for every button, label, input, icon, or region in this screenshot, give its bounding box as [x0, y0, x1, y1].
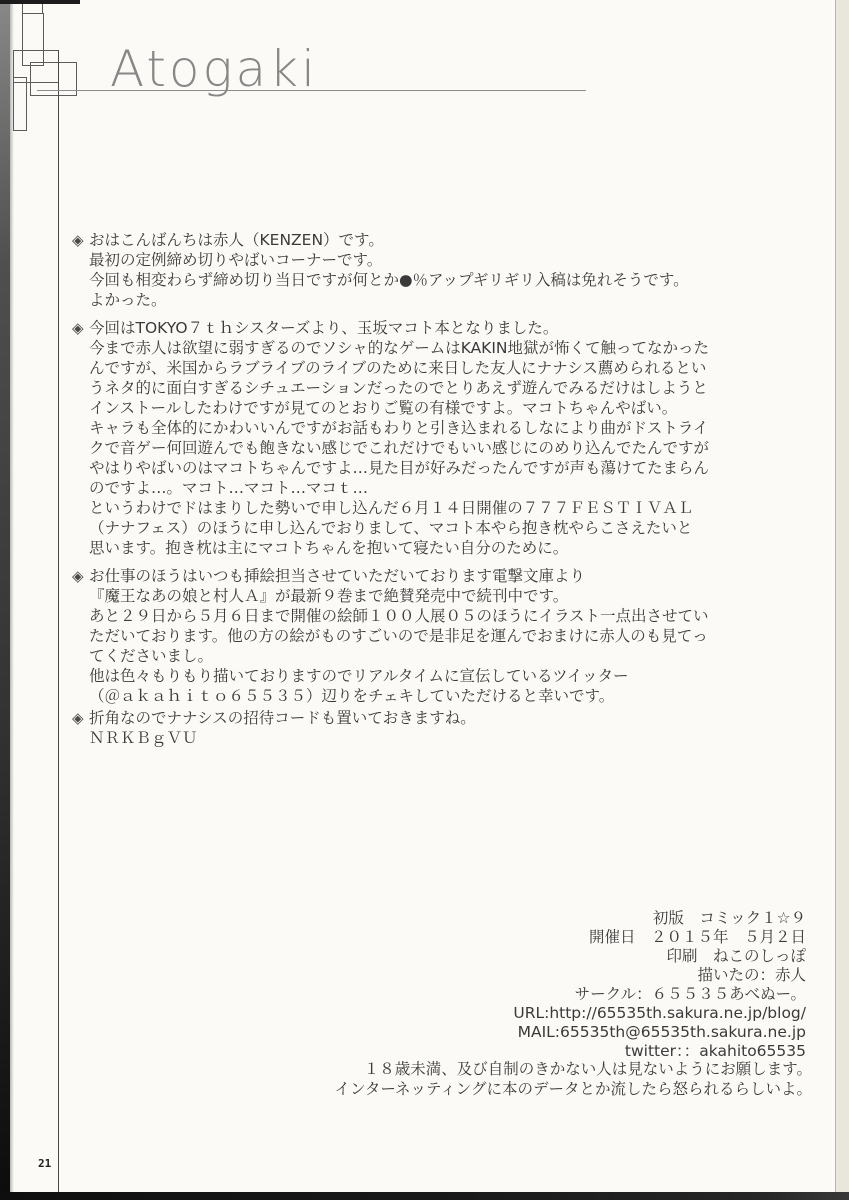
scan-edge-top [0, 0, 80, 4]
page-number: 21 [38, 1157, 51, 1170]
text-line: というわけでドはまりした勢いで申し込んだ６月１４日開催の７７７ＦＥＳＴＩＶＡＬ [89, 498, 693, 518]
text-line: てくださいまし。 [89, 646, 709, 666]
decoration-rectangle [13, 77, 27, 131]
text-line: おはこんばんちは赤人（KENZEN）です。 [89, 230, 689, 250]
page-title: Atogaki [110, 40, 318, 98]
colophon-circle: サークル：６５５３５あべぬー。 [513, 985, 806, 1004]
text-line: 思います。抱き枕は主にマコトちゃんを抱いて寝たい自分のために。 [89, 538, 693, 558]
paragraph-work: ◈ お仕事のほうはいつも挿絵担当させていただいております電撃文庫より 『魔王なあ… [89, 566, 709, 706]
colophon-artist: 描いたの：赤人 [513, 966, 806, 985]
text-line: インストールしたわけですが見てのとおりご覧の有様ですよ。マコトちゃんやばい。 [89, 398, 709, 418]
scan-edge-left [0, 0, 10, 1200]
page-right-edge-line [835, 0, 836, 1200]
text-line: 他は色々もりもり描いておりますのでリアルタイムに宣伝しているツイッター [89, 666, 709, 686]
diamond-bullet-icon: ◈ [72, 567, 84, 585]
paragraph-greeting: ◈ おはこんばんちは赤人（KENZEN）です。 最初の定例締め切りやばいコーナー… [89, 230, 689, 310]
paragraph-book-intro: ◈ 今回はTOKYO７ｔｈシスターズより、玉坂マコト本となりました。 今まで赤人… [89, 318, 709, 498]
scan-edge-bottom [0, 1192, 849, 1200]
age-notice: １８歳未満、及び自制のきかない人は見ないようにお願します。 インターネッティング… [334, 1059, 812, 1099]
invite-code: ＮＲＫＢｇＶＵ [89, 728, 476, 748]
text-line: うネタ的に面白すぎるシチュエーションだったのでとりあえず遊んでみるだけはしようと [89, 378, 709, 398]
notice-line: インターネッティングに本のデータとか流したら怒られるらしいよ。 [334, 1079, 812, 1099]
paragraph-invite-code: ◈ 折角なのでナナシスの招待コードも置いておきますね。 ＮＲＫＢｇＶＵ [89, 708, 476, 748]
text-line: 今まで赤人は欲望に弱すぎるのでソシャ的なゲームはKAKIN地獄が怖くて触ってなか… [89, 338, 709, 358]
diamond-bullet-icon: ◈ [72, 231, 84, 249]
colophon: 初版 コミック１☆９ 開催日 ２０１５年 ５月２日 印刷 ねこのしっぽ 描いたの… [513, 909, 806, 1061]
text-line: よかった。 [89, 290, 689, 310]
text-line: 最初の定例締め切りやばいコーナーです。 [89, 250, 689, 270]
notice-line: １８歳未満、及び自制のきかない人は見ないようにお願します。 [334, 1059, 812, 1079]
text-line: 折角なのでナナシスの招待コードも置いておきますね。 [89, 708, 476, 728]
text-line: （ナナフェス）のほうに申し込んでおりまして、マコト本やら抱き枕やらこさえたいと [89, 518, 693, 538]
text-line: 『魔王なあの娘と村人Ａ』が最新９巻まで絶賛発売中で続刊中です。 [89, 586, 709, 606]
diamond-bullet-icon: ◈ [72, 319, 84, 337]
text-line: （＠ａｋａｈｉｔｏ６５５３５）辺りをチェキしていただけると幸いです。 [89, 686, 709, 706]
left-margin-rule [58, 50, 59, 1192]
scanned-afterword-page: Atogaki ◈ おはこんばんちは赤人（KENZEN）です。 最初の定例締め切… [0, 0, 849, 1200]
text-line: のですよ…。マコト…マコト…マコｔ… [89, 478, 709, 498]
scan-edge-right [836, 0, 849, 1200]
text-line: やはりやばいのはマコトちゃんですよ…見た目が好みだったんですが声も蕩けてたまらん [89, 458, 709, 478]
colophon-url: URL:http://65535th.sakura.ne.jp/blog/ [513, 1004, 806, 1023]
text-line: あと２９日から５月６日まで開催の絵師１００人展０５のほうにイラスト一点出させてい [89, 606, 709, 626]
colophon-edition: 初版 コミック１☆９ [513, 909, 806, 928]
text-line: お仕事のほうはいつも挿絵担当させていただいております電撃文庫より [89, 566, 709, 586]
text-line: 今回はTOKYO７ｔｈシスターズより、玉坂マコト本となりました。 [89, 318, 709, 338]
paragraph-festival: というわけでドはまりした勢いで申し込んだ６月１４日開催の７７７ＦＥＳＴＩＶＡＬ … [89, 498, 693, 558]
text-line: キャラも全体的にかわいいんですがお話もわりと引き込まれるしなにより曲がドストライ [89, 418, 709, 438]
scan-edge-left-fade [10, 0, 14, 1200]
colophon-printer: 印刷 ねこのしっぽ [513, 947, 806, 966]
text-line: クで音ゲー何回遊んでも飽きない感じでこれだけでもいい感じにのめり込んでたんですが [89, 438, 709, 458]
colophon-mail: MAIL:65535th@65535th.sakura.ne.jp [513, 1023, 806, 1042]
text-line: んですが、米国からラブライブのライブのために来日した友人にナナシス薦められるとい [89, 358, 709, 378]
text-line: 今回も相変わらず締め切り当日ですが何とか●％アップギリギリ入稿は免れそうです。 [89, 270, 689, 290]
diamond-bullet-icon: ◈ [72, 709, 84, 727]
colophon-date: 開催日 ２０１５年 ５月２日 [513, 928, 806, 947]
text-line: ただいております。他の方の絵がものすごいので是非足を運んでおまけに赤人のも見てっ [89, 626, 709, 646]
